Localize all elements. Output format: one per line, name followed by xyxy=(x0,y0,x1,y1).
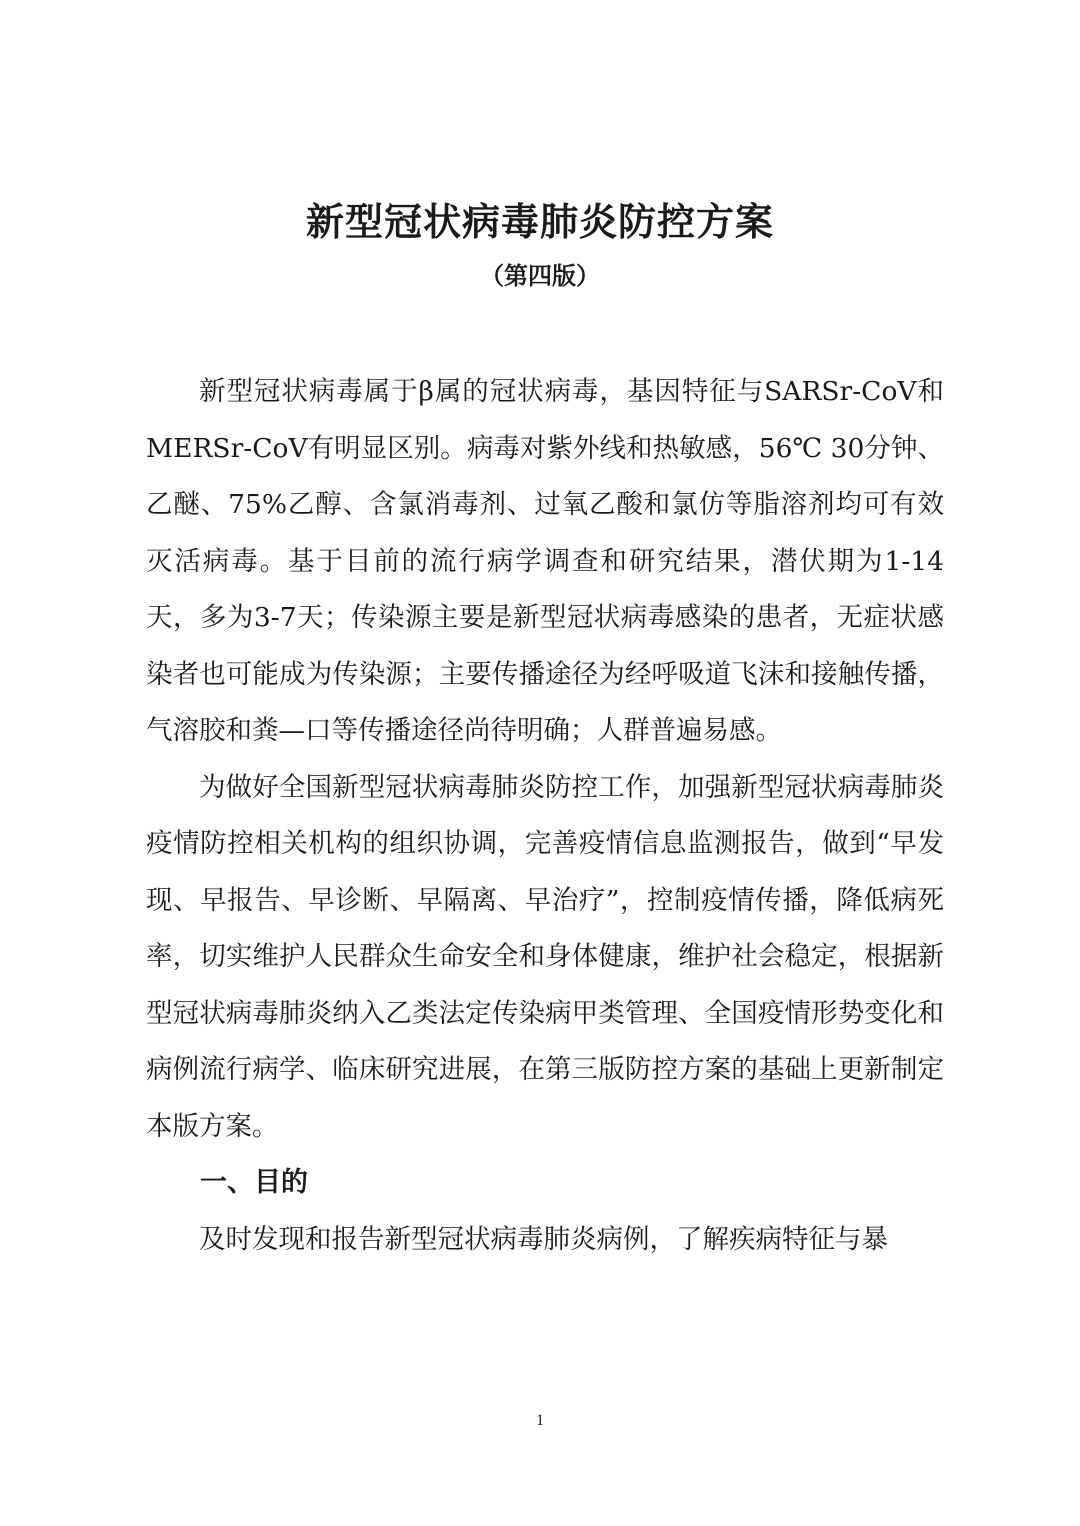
purpose-paragraph: 为做好全国新型冠状病毒肺炎防控工作，加强新型冠状病毒肺炎疫情防控相关机构的组织协… xyxy=(146,760,944,1156)
intro-paragraph: 新型冠状病毒属于β属的冠状病毒，基因特征与SARSr-CoV和MERSr-CoV… xyxy=(146,364,944,760)
page-number: 1 xyxy=(0,1412,1080,1430)
document-title: 新型冠状病毒肺炎防控方案 xyxy=(0,196,1080,248)
document-page: 新型冠状病毒肺炎防控方案 （第四版） 新型冠状病毒属于β属的冠状病毒，基因特征与… xyxy=(0,0,1080,1526)
section-heading-purpose: 一、目的 xyxy=(146,1155,944,1212)
section-paragraph: 及时发现和报告新型冠状病毒肺炎病例，了解疾病特征与暴 xyxy=(146,1212,944,1269)
document-body: 新型冠状病毒属于β属的冠状病毒，基因特征与SARSr-CoV和MERSr-CoV… xyxy=(146,364,944,1268)
document-subtitle: （第四版） xyxy=(0,258,1080,294)
